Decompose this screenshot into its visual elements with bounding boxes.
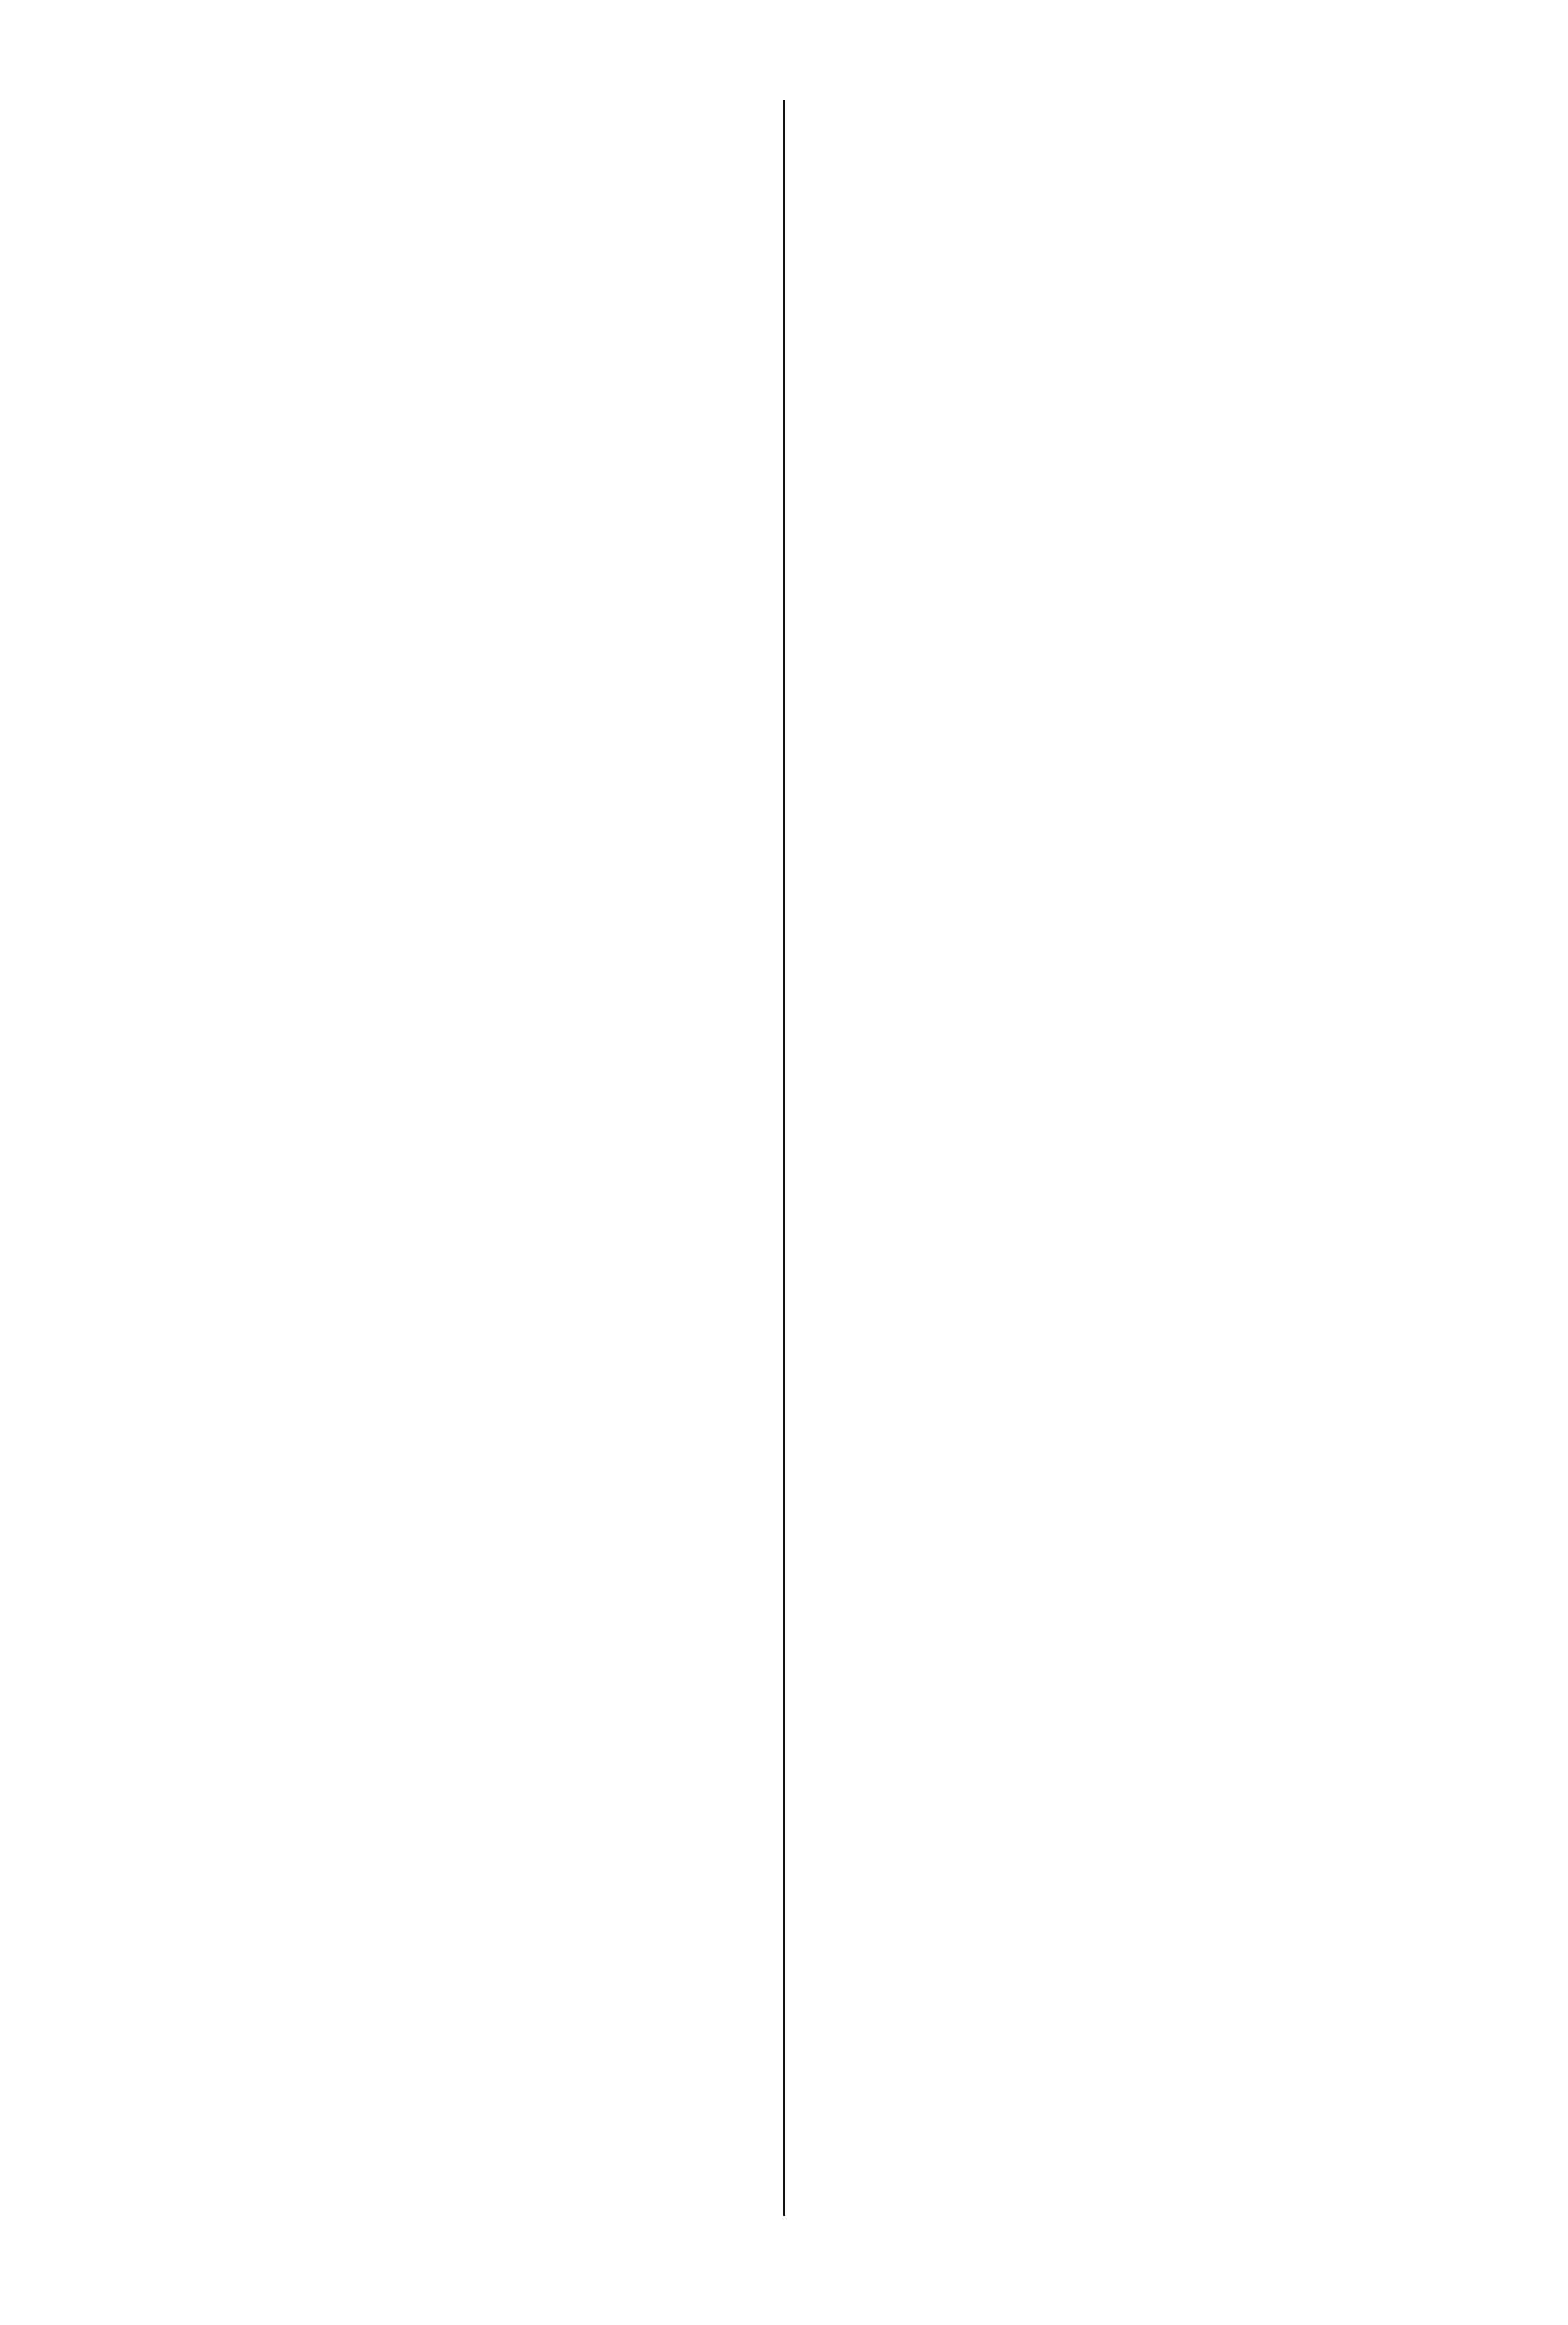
column-divider-rule	[783, 100, 785, 2216]
book-page	[0, 0, 1568, 2325]
